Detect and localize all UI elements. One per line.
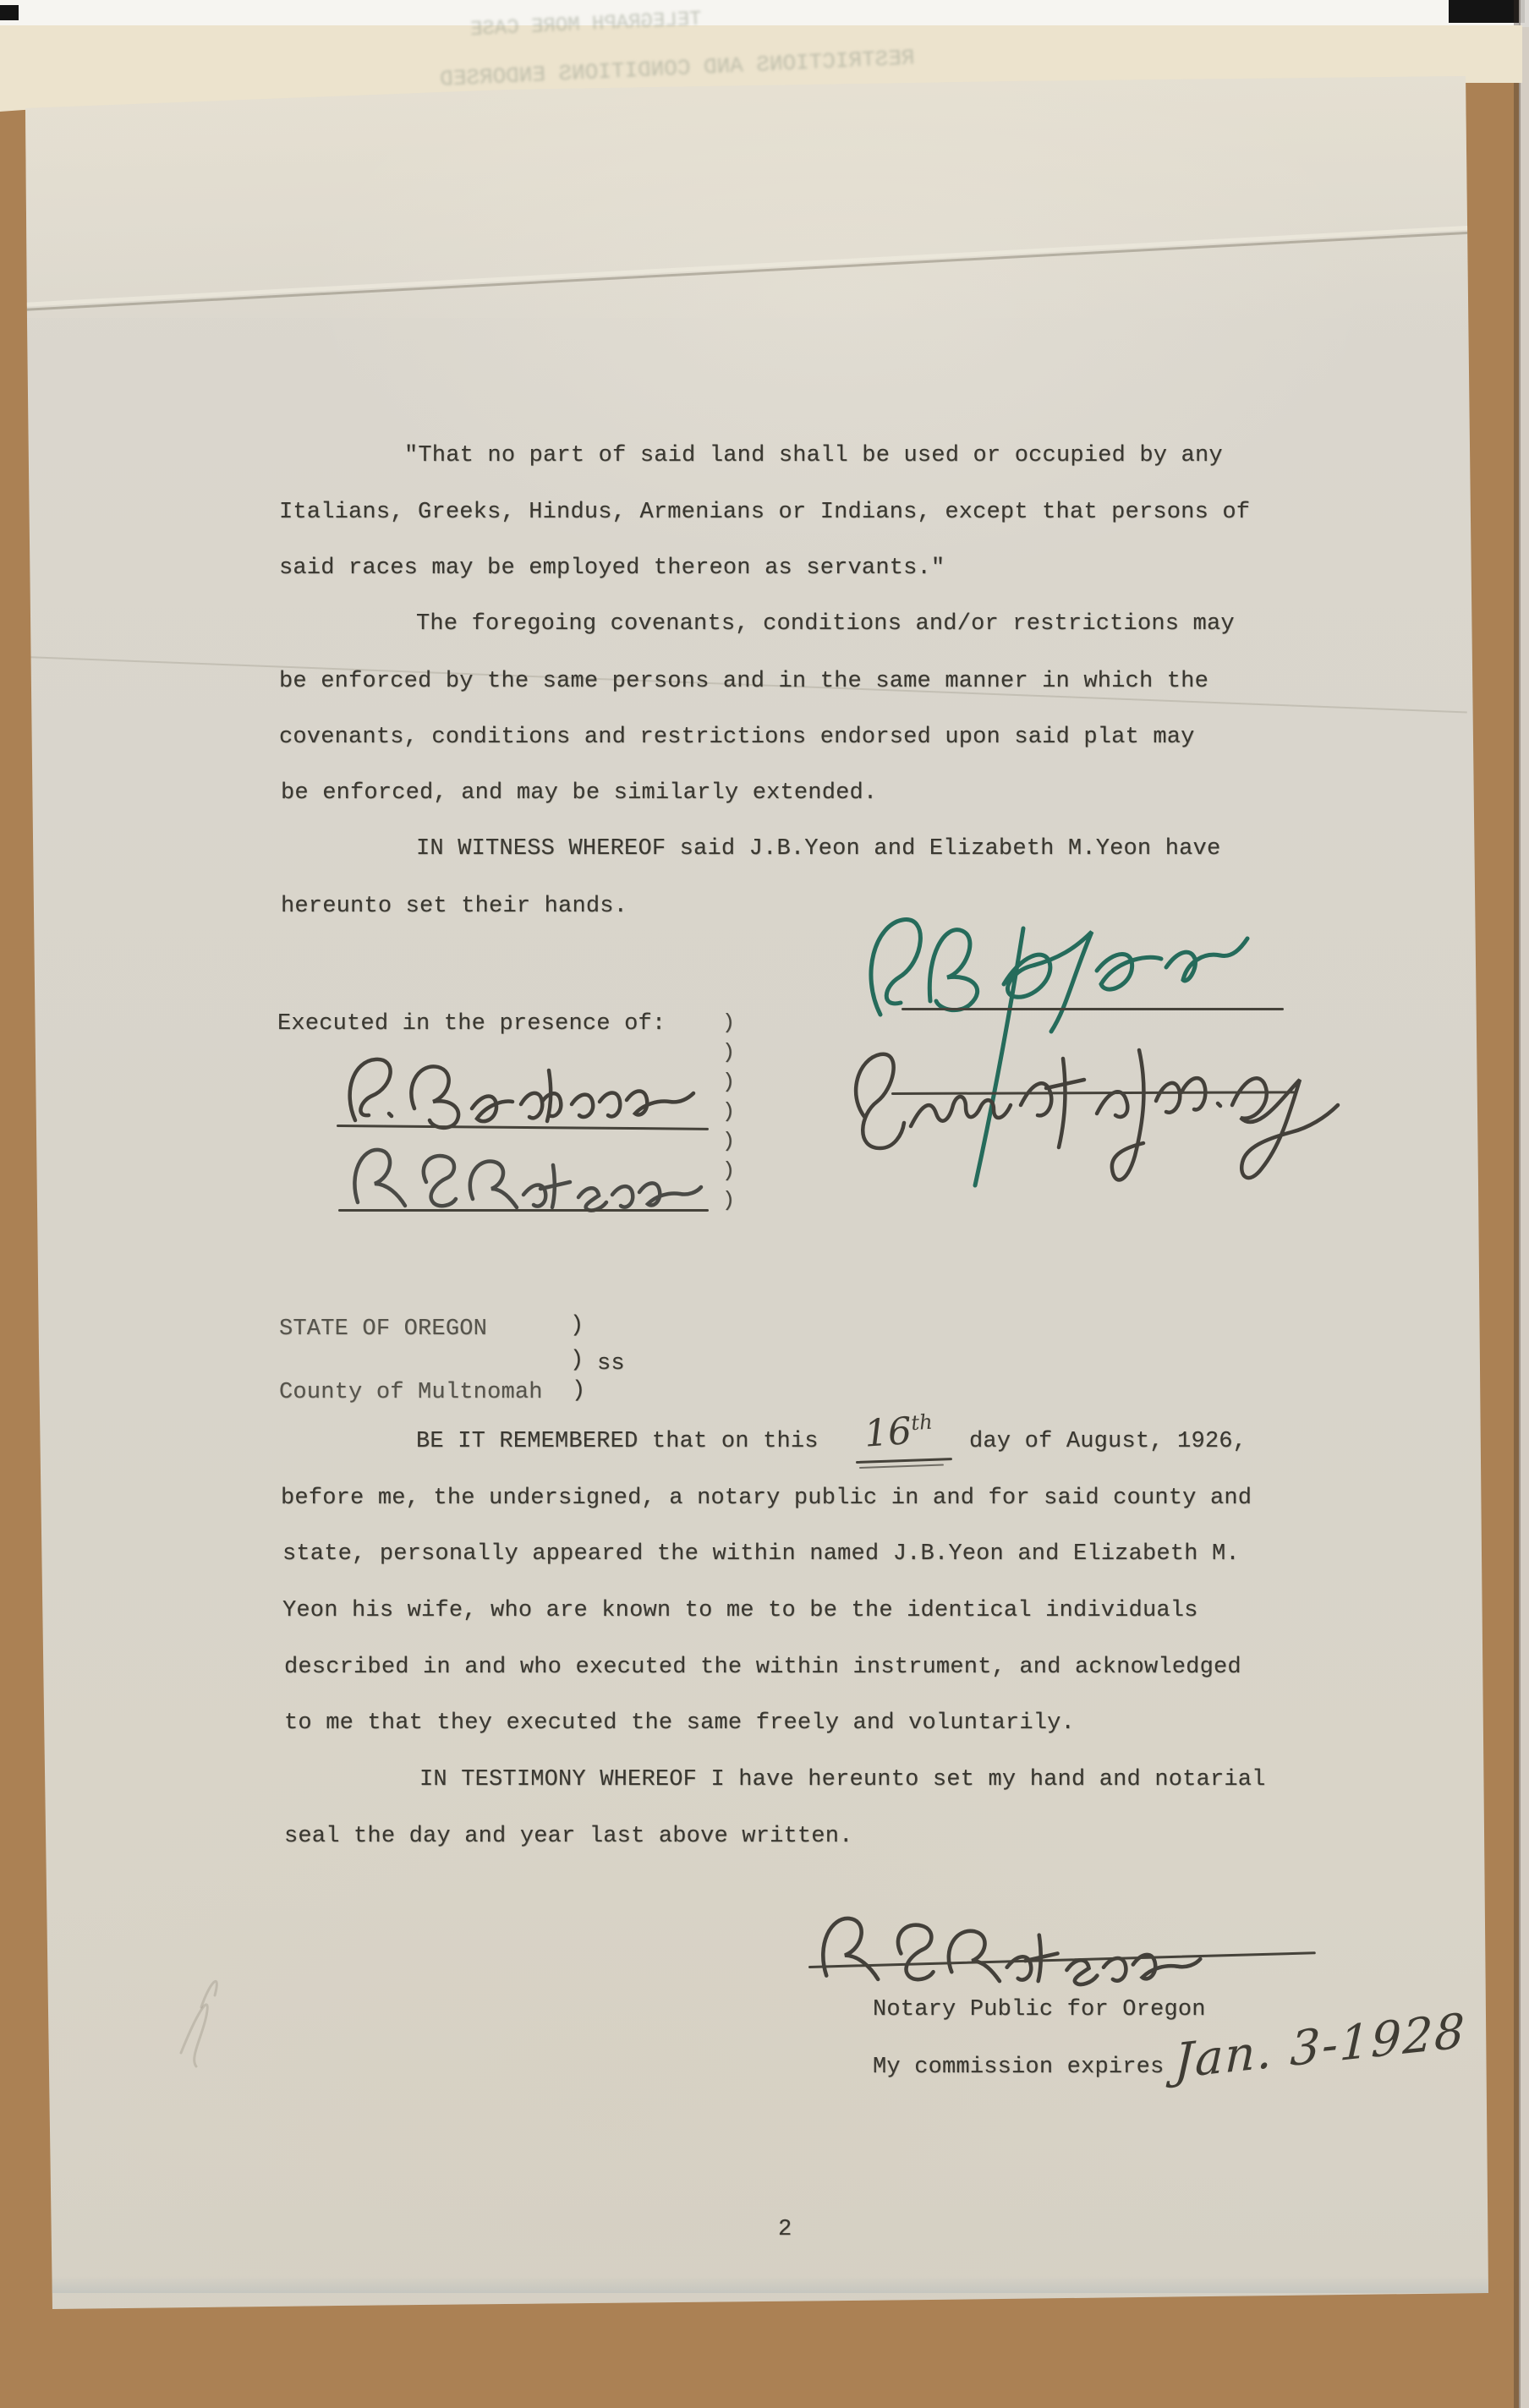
notary-line: Yeon his wife, who are known to me to be… — [282, 1598, 1198, 1623]
body-line: be enforced, and may be similarly extend… — [281, 780, 877, 806]
handwritten-commission-date: Jan. 3-1928 — [1174, 2004, 1467, 2090]
signature-line — [902, 1008, 1284, 1010]
venue-bracket: ) — [572, 1378, 585, 1404]
witness-bracket-column: ) ) ) ) ) ) ) — [722, 1008, 735, 1215]
document-paper: "That no part of said land shall be used… — [0, 0, 1529, 2408]
notary-line: IN TESTIMONY WHEREOF I have hereunto set… — [419, 1767, 1266, 1792]
notary-line: seal the day and year last above written… — [284, 1824, 853, 1849]
body-line: said races may be employed thereon as se… — [279, 555, 945, 581]
acknowledgment-prefix: BE IT REMEMBERED that on this — [416, 1429, 819, 1454]
handwritten-day: 16th — [863, 1408, 934, 1456]
day-underline — [859, 1464, 944, 1469]
venue-bracket: ) — [570, 1313, 584, 1338]
scanner-edge-shadow — [1514, 0, 1521, 2408]
body-line: be enforced by the same persons and in t… — [279, 669, 1208, 694]
signature-elizabeth-m-yeon — [841, 1023, 1366, 1207]
page-number: 2 — [778, 2217, 792, 2242]
notary-line: state, personally appeared the within na… — [282, 1541, 1240, 1567]
body-line: hereunto set their hands. — [281, 894, 627, 919]
notary-line: before me, the undersigned, a notary pub… — [281, 1486, 1252, 1511]
body-line: "That no part of said land shall be used… — [404, 443, 1223, 468]
scanner-top-strip — [0, 0, 1529, 27]
scan-corner-mark-left — [0, 5, 19, 20]
fold-highlight-band — [0, 73, 1529, 318]
acknowledgment-suffix: day of August, 1926, — [969, 1429, 1247, 1454]
notary-line: described in and who executed the within… — [284, 1655, 1241, 1680]
day-underline — [856, 1458, 952, 1463]
scanned-document-page: TELEGRAPH MORE CASE RESTRICTIONS AND CON… — [0, 0, 1529, 2408]
body-line: The foregoing covenants, conditions and/… — [416, 611, 1235, 637]
notary-title: Notary Public for Oregon — [873, 1997, 1206, 2022]
notary-line: to me that they executed the same freely… — [284, 1710, 1075, 1736]
pencil-scribble — [169, 1953, 245, 2080]
signature-line — [338, 1209, 709, 1212]
signature-rc-ralston-notary — [803, 1897, 1218, 1990]
venue-county: County of Multnomah — [279, 1380, 543, 1405]
body-line: covenants, conditions and restrictions e… — [279, 725, 1195, 750]
venue-ss: ss — [597, 1351, 625, 1376]
venue-bracket: ) — [570, 1348, 584, 1373]
commission-label: My commission expires — [873, 2055, 1164, 2080]
signature-rc-ralston-witness — [337, 1133, 717, 1213]
paper-bottom-shadow — [42, 2276, 1488, 2293]
signature-p-boardman — [330, 1043, 719, 1131]
body-line: IN WITNESS WHEREOF said J.B.Yeon and Eli… — [416, 836, 1220, 862]
witness-label: Executed in the presence of: — [277, 1011, 666, 1037]
venue-state: STATE OF OREGON — [279, 1316, 487, 1342]
body-line: Italians, Greeks, Hindus, Armenians or I… — [279, 500, 1250, 525]
